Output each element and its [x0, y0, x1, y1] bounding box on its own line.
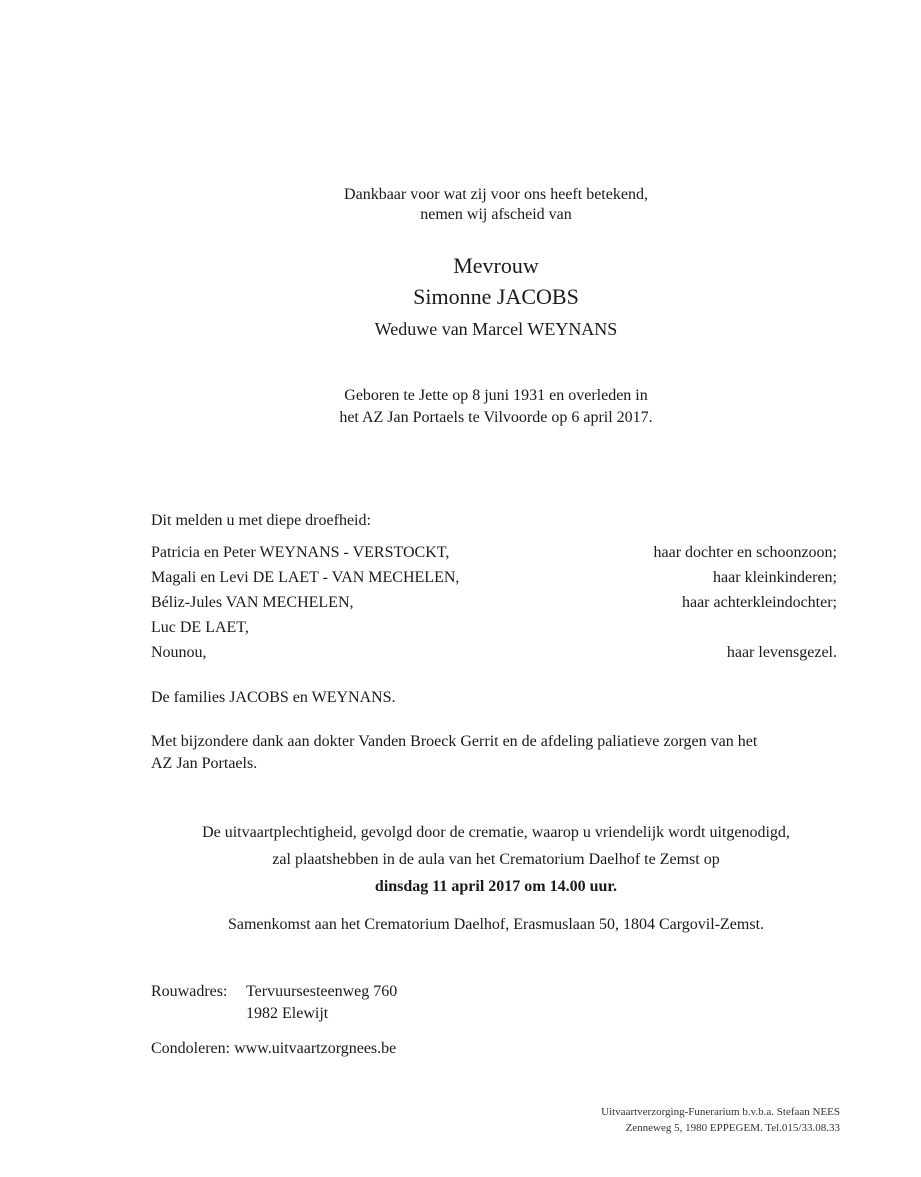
mourner-row: Béliz-Jules VAN MECHELEN,haar achterklei…	[151, 593, 837, 618]
ceremony-line-1: De uitvaartplechtigheid, gevolgd door de…	[0, 819, 921, 846]
intro-line-2: nemen wij afscheid van	[0, 205, 921, 225]
mourner-name: Nounou,	[151, 643, 207, 668]
mourner-row: Patricia en Peter WEYNANS - VERSTOCKT,ha…	[151, 543, 837, 568]
birth-line: Geboren te Jette op 8 juni 1931 en overl…	[0, 385, 921, 407]
thanks-text: Met bijzondere dank aan dokter Vanden Br…	[151, 731, 837, 775]
intro-line-1: Dankbaar voor wat zij voor ons heeft bet…	[0, 185, 921, 205]
condolences-label: Condoleren:	[151, 1040, 230, 1057]
deceased-name: Simonne JACOBS	[0, 284, 921, 310]
thanks-line-1: Met bijzondere dank aan dokter Vanden Br…	[151, 731, 837, 753]
ceremony-info: De uitvaartplechtigheid, gevolgd door de…	[0, 819, 921, 900]
mourner-relation: haar levensgezel.	[727, 643, 837, 668]
ceremony-line-2: zal plaatshebben in de aula van het Crem…	[0, 846, 921, 873]
funeral-home-footer: Uitvaartverzorging-Funerarium b.v.b.a. S…	[601, 1104, 840, 1136]
mourner-relation: haar dochter en schoonzoon;	[654, 543, 837, 568]
address-city: 1982 Elewijt	[151, 1003, 397, 1025]
families-line: De families JACOBS en WEYNANS.	[151, 689, 837, 707]
condolences: Condoleren: www.uitvaartzorgnees.be	[151, 1040, 396, 1058]
death-line: het AZ Jan Portaels te Vilvoorde op 6 ap…	[0, 407, 921, 429]
mourner-row: Magali en Levi DE LAET - VAN MECHELEN,ha…	[151, 568, 837, 593]
mourner-name: Luc DE LAET,	[151, 618, 249, 643]
mourner-name: Patricia en Peter WEYNANS - VERSTOCKT,	[151, 543, 449, 568]
condolences-link[interactable]: www.uitvaartzorgnees.be	[234, 1040, 396, 1057]
mourner-relation: haar kleinkinderen;	[713, 568, 837, 593]
salutation: Mevrouw	[0, 253, 921, 279]
mourners-heading: Dit melden u met diepe droefheid:	[151, 512, 837, 530]
mourner-relation: haar achterkleindochter;	[682, 593, 837, 618]
mourner-row: Luc DE LAET,	[151, 618, 837, 643]
thanks-line-2: AZ Jan Portaels.	[151, 753, 837, 775]
deceased-relation: Weduwe van Marcel WEYNANS	[0, 319, 921, 340]
birth-death-info: Geboren te Jette op 8 juni 1931 en overl…	[0, 385, 921, 429]
mourner-row: Nounou,haar levensgezel.	[151, 643, 837, 668]
intro-text: Dankbaar voor wat zij voor ons heeft bet…	[0, 185, 921, 225]
footer-line-1: Uitvaartverzorging-Funerarium b.v.b.a. S…	[601, 1104, 840, 1120]
mourner-name: Béliz-Jules VAN MECHELEN,	[151, 593, 354, 618]
ceremony-datetime: dinsdag 11 april 2017 om 14.00 uur.	[0, 873, 921, 900]
gathering-info: Samenkomst aan het Crematorium Daelhof, …	[0, 916, 921, 934]
address-label: Rouwadres:	[151, 981, 246, 1003]
mourners-list: Patricia en Peter WEYNANS - VERSTOCKT,ha…	[151, 543, 837, 668]
mourning-address: Rouwadres:Tervuursesteenweg 760 1982 Ele…	[151, 981, 397, 1025]
mourner-name: Magali en Levi DE LAET - VAN MECHELEN,	[151, 568, 459, 593]
address-street: Tervuursesteenweg 760	[246, 983, 397, 1000]
footer-line-2: Zenneweg 5, 1980 EPPEGEM. Tel.015/33.08.…	[601, 1120, 840, 1136]
